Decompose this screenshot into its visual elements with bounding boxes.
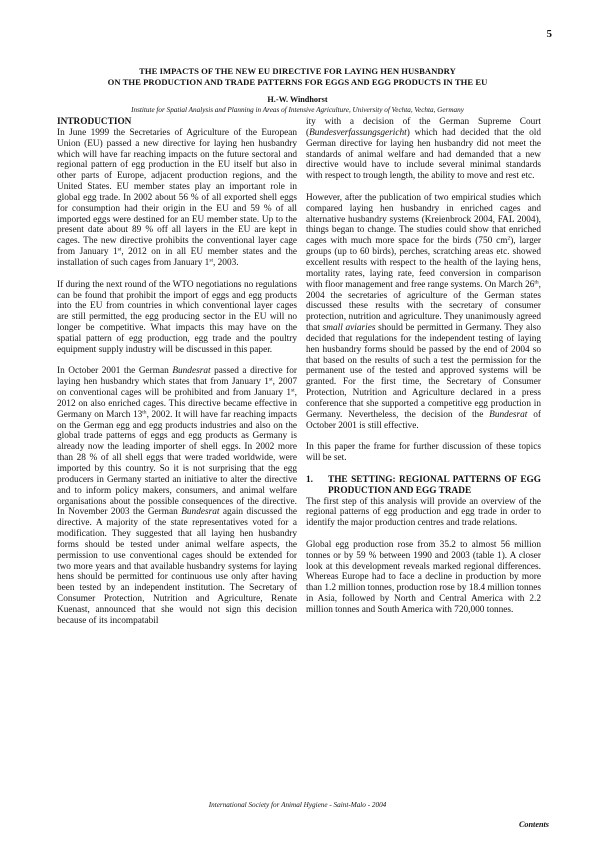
italic-term: small aviaries bbox=[323, 323, 376, 333]
text-run: , 2002. It will have far reaching impact… bbox=[57, 410, 297, 518]
paragraph: In this paper the frame for further disc… bbox=[306, 442, 541, 464]
footer-conference: International Society for Animal Hygiene… bbox=[0, 801, 595, 809]
section-title: THE SETTING: REGIONAL PATTERNS OF EGG PR… bbox=[328, 475, 541, 497]
paragraph: In June 1999 the Secretaries of Agricult… bbox=[57, 128, 297, 269]
paragraph: The first step of this analysis will pro… bbox=[306, 497, 541, 530]
italic-term: Bundesrat bbox=[172, 366, 210, 376]
text-run: , 2003. bbox=[213, 258, 239, 268]
paragraph: If during the next round of the WTO nego… bbox=[57, 280, 297, 356]
contents-link[interactable]: Contents bbox=[519, 820, 549, 829]
right-column: ity with a decision of the German Suprem… bbox=[306, 117, 541, 616]
section-number: 1. bbox=[306, 475, 328, 497]
text-run: However, after the publication of two em… bbox=[306, 193, 541, 246]
paper-title-line-1: THE IMPACTS OF THE NEW EU DIRECTIVE FOR … bbox=[0, 66, 595, 77]
left-column: INTRODUCTION In June 1999 the Secretarie… bbox=[57, 117, 297, 627]
italic-term: Bundesverfassungsgericht bbox=[309, 128, 407, 138]
text-run: In June 1999 the Secretaries of Agricult… bbox=[57, 128, 297, 257]
section-heading-introduction: INTRODUCTION bbox=[57, 117, 297, 128]
paragraph: Global egg production rose from 35.2 to … bbox=[306, 540, 541, 616]
page-number: 5 bbox=[547, 28, 553, 40]
paragraph: However, after the publication of two em… bbox=[306, 193, 541, 432]
text-run: again discussed the directive. A majorit… bbox=[57, 507, 297, 625]
text-run: should be permitted in Germany. They als… bbox=[306, 323, 541, 420]
paragraph: In October 2001 the German Bundesrat pas… bbox=[57, 366, 297, 626]
paper-title: THE IMPACTS OF THE NEW EU DIRECTIVE FOR … bbox=[0, 66, 595, 88]
paragraph: ity with a decision of the German Suprem… bbox=[306, 117, 541, 182]
section-heading-1: 1. THE SETTING: REGIONAL PATTERNS OF EGG… bbox=[306, 475, 541, 497]
text-run: In October 2001 the German bbox=[57, 366, 172, 376]
italic-term: Bundesrat bbox=[489, 410, 527, 420]
author-name: H.-W. Windhorst bbox=[0, 95, 595, 105]
author-affiliation: Institute for Spatial Analysis and Plann… bbox=[0, 105, 595, 115]
paper-title-line-2: ON THE PRODUCTION AND TRADE PATTERNS FOR… bbox=[0, 77, 595, 88]
italic-term: Bundesrat bbox=[181, 507, 219, 517]
